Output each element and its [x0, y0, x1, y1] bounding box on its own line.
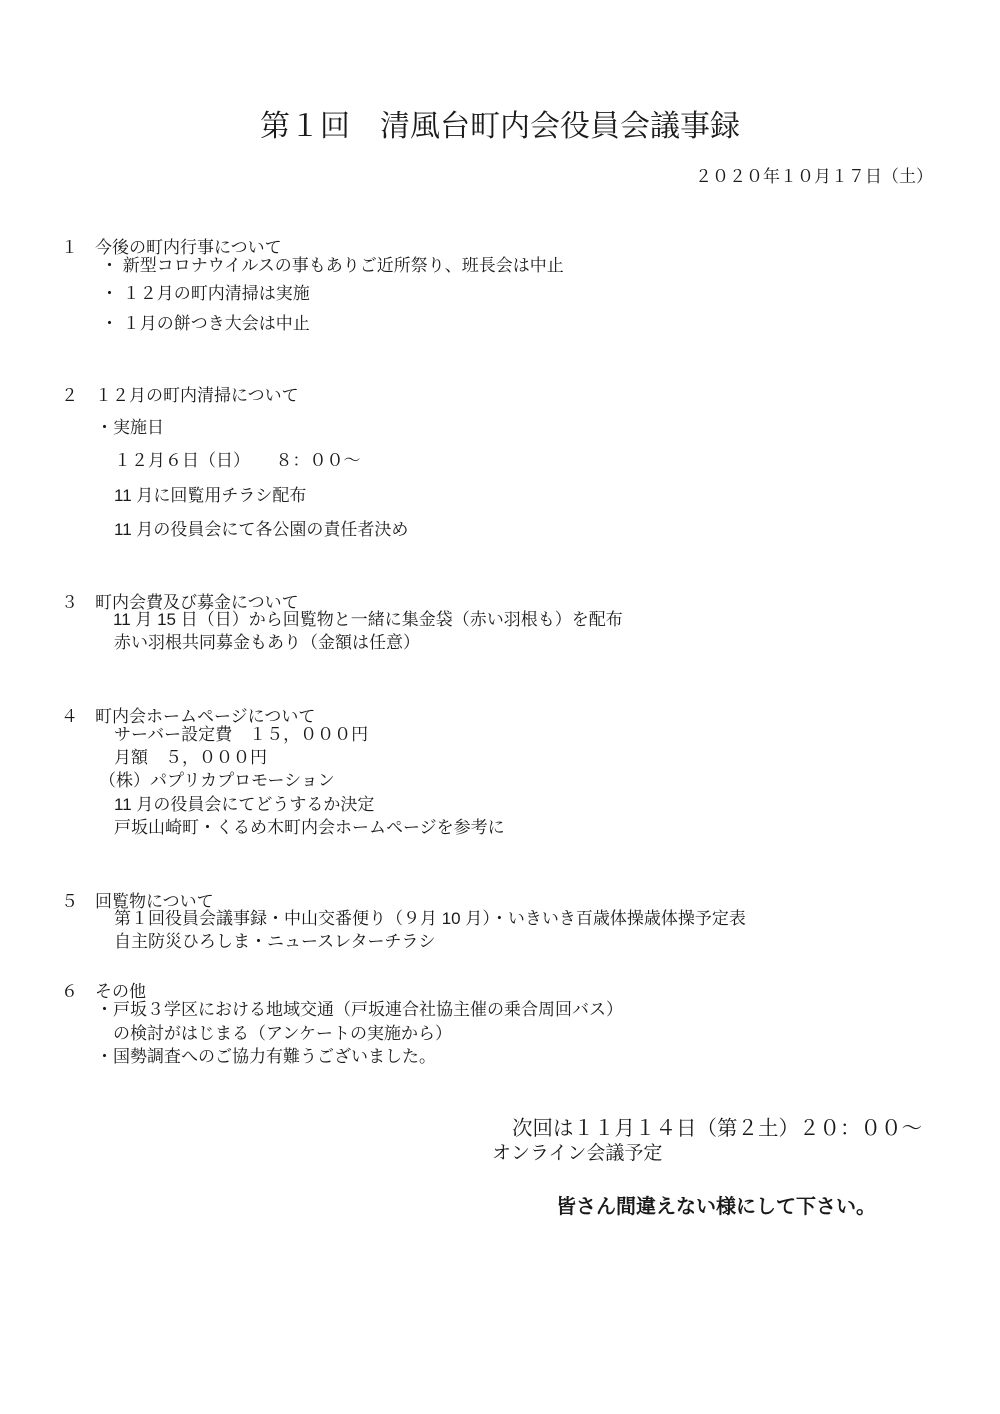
section-2-item: １２月６日（日） ８：００～: [114, 451, 361, 471]
section-5-number: ５: [61, 887, 95, 912]
section-4-heading: ４町内会ホームページについて: [61, 702, 315, 727]
section-2-item: 11 月に回覧用チラシ配布: [114, 486, 306, 506]
reminder-note: 皆さん間違えない様にして下さい。: [556, 1190, 876, 1219]
section-3-number: ３: [61, 588, 95, 613]
next-meeting-note: 次回は１１月１４日（第２土）２０：００～: [512, 1111, 922, 1141]
section-1-number: １: [61, 233, 95, 258]
section-4-item: 11 月の役員会にてどうするか決定: [114, 795, 374, 815]
section-6-title: その他: [95, 982, 146, 1001]
section-2-item: 11 月の役員会にて各公園の責任者決め: [114, 520, 408, 540]
section-2-title: １２月の町内清掃について: [95, 386, 299, 405]
section-4-item: （株）パプリカプロモーション: [99, 771, 335, 791]
section-1-heading: １今後の町内行事について: [61, 233, 282, 258]
section-4-item: 戸坂山崎町・くるめ木町内会ホームページを参考に: [114, 818, 505, 838]
section-4-item: サーバー設定費 １５，０００円: [114, 725, 368, 745]
section-3-item: 赤い羽根共同募金もあり（金額は任意）: [114, 633, 420, 653]
section-6-heading: ６その他: [61, 977, 146, 1002]
section-1-item: ・ 新型コロナウイルスの事もありご近所祭り、班長会は中止: [101, 256, 564, 276]
section-4-item: 月額 ５，０００円: [114, 748, 267, 768]
section-6-number: ６: [61, 977, 95, 1002]
document-date: ２０２０年１０月１７日（土）: [695, 162, 933, 187]
section-5-item: 自主防災ひろしま・ニュースレターチラシ: [114, 932, 435, 952]
section-6-item: の検討がはじまる（アンケートの実施から）: [113, 1024, 452, 1044]
section-1-item: ・ １月の餅つき大会は中止: [101, 314, 310, 334]
section-4-number: ４: [61, 702, 95, 727]
section-2-heading: ２１２月の町内清掃について: [61, 381, 299, 406]
section-2-number: ２: [61, 381, 95, 406]
document-page: 第１回 清風台町内会役員会議事録 ２０２０年１０月１７日（土） １今後の町内行事…: [0, 0, 1000, 1414]
section-2-item: ・実施日: [96, 418, 164, 438]
section-6-item: ・国勢調査へのご協力有難うございました。: [96, 1047, 436, 1067]
section-1-title: 今後の町内行事について: [95, 238, 282, 257]
online-meeting-note: オンライン会議予定: [492, 1138, 662, 1165]
section-3-item: 11 月 15 日（日）から回覧物と一緒に集金袋（赤い羽根も）を配布: [113, 610, 623, 630]
section-5-item: 第１回役員会議事録・中山交番便り（９月 10 月）・いきいき百歳体操歳体操予定表: [114, 909, 746, 929]
section-4-title: 町内会ホームページについて: [95, 707, 315, 726]
document-title: 第１回 清風台町内会役員会議事録: [0, 101, 1000, 145]
section-6-item: ・戸坂３学区における地域交通（戸坂連合社協主催の乗合周回バス）: [96, 1000, 623, 1020]
section-1-item: ・ １２月の町内清掃は実施: [101, 284, 310, 304]
